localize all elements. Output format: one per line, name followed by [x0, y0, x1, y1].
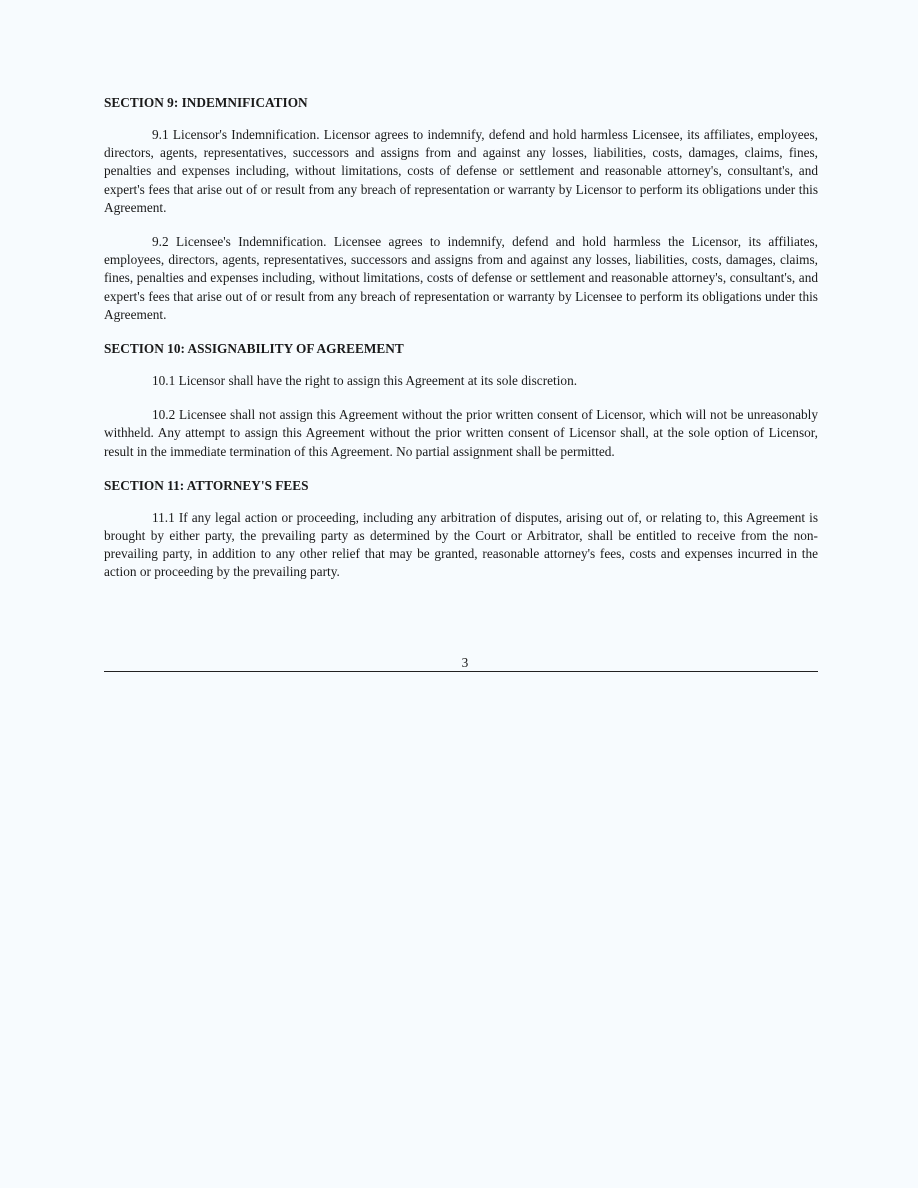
section-10-heading: SECTION 10: ASSIGNABILITY OF AGREEMENT	[104, 340, 818, 358]
clause-9-2: 9.2 Licensee's Indemnification. Licensee…	[104, 233, 818, 324]
section-9-heading: SECTION 9: INDEMNIFICATION	[104, 94, 818, 112]
page-footer: 3	[104, 656, 818, 672]
clause-9-1: 9.1 Licensor's Indemnification. Licensor…	[104, 126, 818, 217]
clause-10-2: 10.2 Licensee shall not assign this Agre…	[104, 406, 818, 461]
page-number: 3	[104, 656, 818, 670]
section-11-heading: SECTION 11: ATTORNEY'S FEES	[104, 477, 818, 495]
document-page: SECTION 9: INDEMNIFICATION 9.1 Licensor'…	[104, 94, 818, 582]
clause-10-1: 10.1 Licensor shall have the right to as…	[104, 372, 818, 390]
clause-11-1: 11.1 If any legal action or proceeding, …	[104, 509, 818, 582]
footer-rule	[104, 671, 818, 672]
